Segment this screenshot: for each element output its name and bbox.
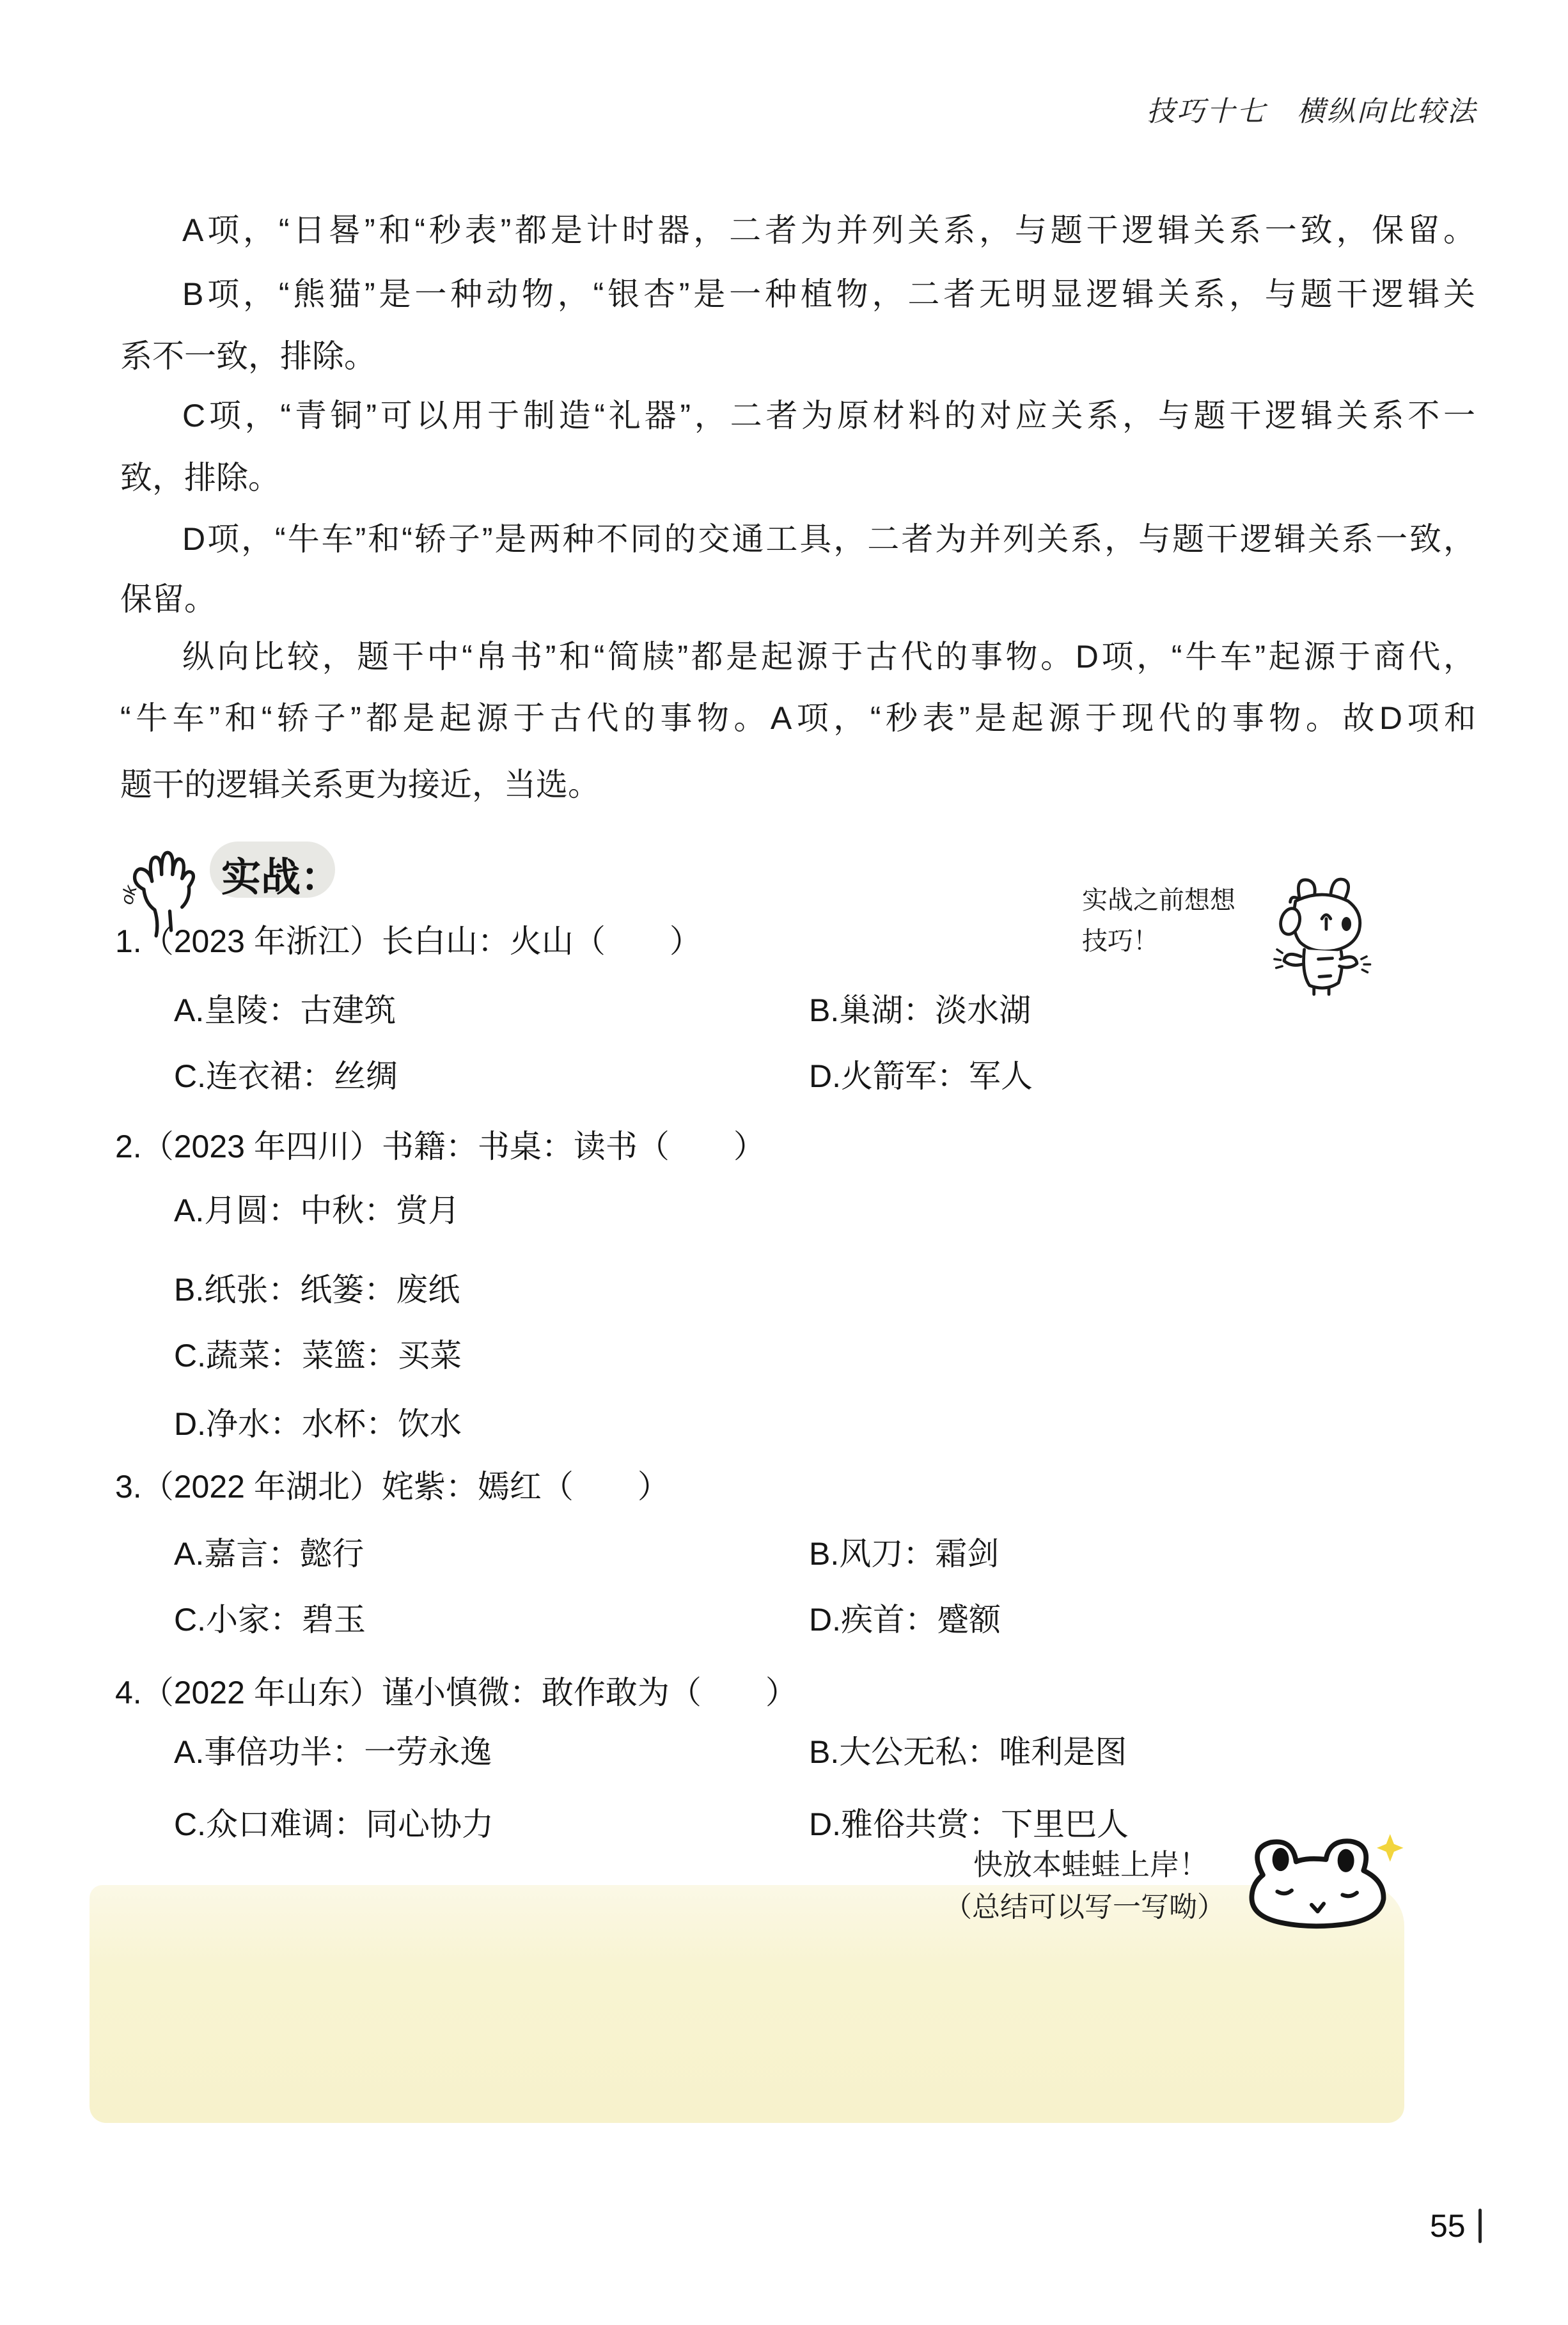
page-number-value: 55 — [1430, 2207, 1466, 2244]
analysis-line-b1: B项，“熊猫”是一种动物，“银杏”是一种植物，二者无明显逻辑关系，与题干逻辑关 — [182, 275, 1475, 313]
analysis-line-e1: 纵向比较，题干中“帛书”和“简牍”都是起源于古代的事物。D项，“牛车”起源于商代… — [182, 638, 1475, 676]
page-number: 55 — [1430, 2207, 1482, 2244]
option-1c: C.连衣裙：丝绸 — [174, 1051, 398, 1097]
side-note-line-2: 技巧！ — [1082, 921, 1159, 957]
option-3d: D.疾首：蹙额 — [809, 1594, 1001, 1640]
analysis-line-d1: D项，“牛车”和“轿子”是两种不同的交通工具，二者为并列关系，与题干逻辑关系一致… — [182, 520, 1475, 558]
option-2d: D.净水：水杯：饮水 — [174, 1398, 462, 1444]
option-4d: D.雅俗共赏：下里巴人 — [809, 1799, 1129, 1845]
practice-label: 实战： — [221, 845, 340, 902]
option-2c: C.蔬菜：菜篮：买菜 — [174, 1330, 462, 1376]
option-3c: C.小家：碧玉 — [174, 1594, 366, 1640]
option-1d: D.火箭军：军人 — [809, 1051, 1033, 1097]
option-3a: A.嘉言：懿行 — [174, 1528, 364, 1574]
question-1-stem: 1.（2023 年浙江）长白山：火山（ ） — [115, 916, 702, 962]
analysis-line-e3: 题干的逻辑关系更为接近，当选。 — [120, 765, 600, 804]
textbook-page: 技巧十七 横纵向比较法 A项，“日晷”和“秒表”都是计时器，二者为并列关系，与题… — [0, 0, 1568, 2325]
analysis-line-b2: 系不一致，排除。 — [120, 337, 376, 375]
side-note-line-1: 实战之前想想 — [1082, 880, 1235, 916]
option-4a: A.事倍功半：一劳永逸 — [174, 1726, 492, 1773]
analysis-line-c1: C项，“青铜”可以用于制造“礼器”，二者为原材料的对应关系，与题干逻辑关系不一 — [182, 396, 1475, 435]
option-1a: A.皇陵：古建筑 — [174, 985, 396, 1031]
sparkle-icon — [1377, 1834, 1403, 1861]
frog-note-line-1: 快放本蛙蛙上岸！ — [973, 1842, 1209, 1884]
analysis-line-d2: 保留。 — [120, 580, 216, 618]
option-4b: B.大公无私：唯利是图 — [809, 1726, 1127, 1773]
option-1b: B.巢湖：淡水湖 — [809, 985, 1031, 1031]
question-4-stem: 4.（2022 年山东）谨小慎微：敢作敢为（ ） — [115, 1667, 797, 1713]
option-3b: B.风刀：霜剑 — [809, 1528, 999, 1574]
page-number-divider — [1478, 2209, 1482, 2243]
page-header: 技巧十七 横纵向比较法 — [1147, 88, 1477, 129]
frog-face-icon — [1234, 1826, 1406, 1934]
question-2-stem: 2.（2023 年四川）书籍：书桌：读书（ ） — [115, 1121, 765, 1167]
analysis-line-c2: 致，排除。 — [120, 458, 280, 497]
option-4c: C.众口难调：同心协力 — [174, 1799, 494, 1845]
analysis-line-e2: “牛车”和“轿子”都是起源于古代的事物。A项，“秒表”是起源于现代的事物。故D项… — [120, 699, 1476, 737]
option-2b: B.纸张：纸篓：废纸 — [174, 1264, 460, 1310]
option-2a: A.月圆：中秋：赏月 — [174, 1185, 460, 1231]
analysis-line-a1: A项，“日晷”和“秒表”都是计时器，二者为并列关系，与题干逻辑关系一致，保留。 — [182, 211, 1475, 249]
frog-note-line-2: （总结可以写一写呦） — [944, 1884, 1225, 1925]
question-3-stem: 3.（2022 年湖北）姹紫：嫣红（ ） — [115, 1461, 670, 1507]
waving-bunny-icon — [1248, 872, 1407, 1004]
